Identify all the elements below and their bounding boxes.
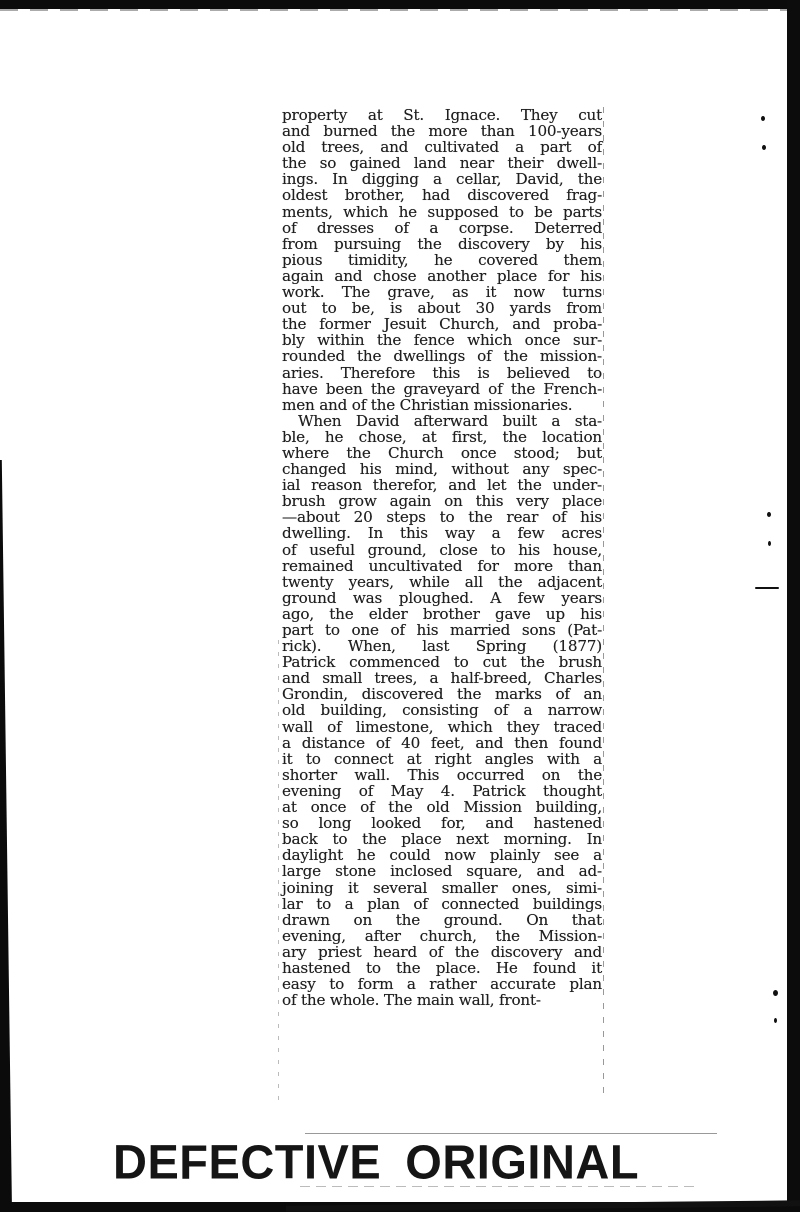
article-column: property at St. Ignace. They cutand burn… [282, 107, 602, 1008]
text-line: ble, he chose, at first, the location [282, 429, 602, 445]
text-line: lar to a plan of connected buildings [282, 896, 602, 912]
text-line: joining it several smaller ones, simi- [282, 880, 602, 896]
text-line: Patrick commenced to cut the brush [282, 654, 602, 670]
text-line: a distance of 40 feet, and then found [282, 735, 602, 751]
text-line: easy to form a rather accurate plan [282, 976, 602, 992]
text-line: old building, consisting of a narrow [282, 702, 602, 718]
text-line: from pursuing the discovery by his [282, 236, 602, 252]
text-line: drawn on the ground. On that [282, 912, 602, 928]
scan-edge-top [0, 0, 800, 9]
column-rule-left [278, 640, 279, 1100]
text-line: part to one of his married sons (Pat- [282, 622, 602, 638]
text-line: the former Jesuit Church, and proba- [282, 316, 602, 332]
defective-original-stamp: DEFECTIVEORIGINAL [113, 1137, 703, 1188]
scan-edge-right [787, 0, 800, 1212]
text-line: oldest brother, had discovered frag- [282, 187, 602, 203]
stamp-word-original: ORIGINAL [405, 1134, 639, 1188]
text-line: bly within the fence which once sur- [282, 332, 602, 348]
text-line: and small trees, a half-breed, Charles [282, 670, 602, 686]
text-line: evening, after church, the Mission- [282, 928, 602, 944]
text-line: daylight he could now plainly see a [282, 847, 602, 863]
text-line: old trees, and cultivated a part of [282, 139, 602, 155]
text-line: large stone inclosed square, and ad- [282, 863, 602, 879]
text-line: wall of limestone, which they traced [282, 719, 602, 735]
scan-speck [761, 116, 765, 121]
text-line: work. The grave, as it now turns [282, 284, 602, 300]
text-line: brush grow again on this very place [282, 493, 602, 509]
text-line: pious timidity, he covered them [282, 252, 602, 268]
text-line: of dresses of a corpse. Deterred [282, 220, 602, 236]
column-rule-right [603, 107, 604, 1097]
scan-edge-left [0, 460, 12, 1212]
text-line: rick). When, last Spring (1877) [282, 638, 602, 654]
text-line: evening of May 4. Patrick thought [282, 783, 602, 799]
text-line: ial reason therefor, and let the under- [282, 477, 602, 493]
text-line: and burned the more than 100-years [282, 123, 602, 139]
scan-speck [767, 512, 771, 517]
text-line: hastened to the place. He found it [282, 960, 602, 976]
text-line: aries. Therefore this is believed to [282, 365, 602, 381]
text-line: ary priest heard of the discovery and [282, 944, 602, 960]
text-line: back to the place next morning. In [282, 831, 602, 847]
text-line: have been the graveyard of the French- [282, 381, 602, 397]
text-line: property at St. Ignace. They cut [282, 107, 602, 123]
text-line: ments, which he supposed to be parts [282, 204, 602, 220]
scan-speck [773, 990, 778, 996]
text-line: twenty years, while all the adjacent [282, 574, 602, 590]
text-line: it to connect at right angles with a [282, 751, 602, 767]
text-line: at once of the old Mission building, [282, 799, 602, 815]
text-line: changed his mind, without any spec- [282, 461, 602, 477]
scan-speck [762, 145, 766, 150]
text-line: ground was ploughed. A few years [282, 590, 602, 606]
scan-speck [774, 1018, 777, 1023]
text-line: shorter wall. This occurred on the [282, 767, 602, 783]
text-line: remained uncultivated for more than [282, 558, 602, 574]
text-line: out to be, is about 30 yards from [282, 300, 602, 316]
text-line: ings. In digging a cellar, David, the [282, 171, 602, 187]
text-line: dwelling. In this way a few acres [282, 525, 602, 541]
text-line: so long looked for, and hastened [282, 815, 602, 831]
text-line: of useful ground, close to his house, [282, 542, 602, 558]
text-line: rounded the dwellings of the mission- [282, 348, 602, 364]
text-line: —about 20 steps to the rear of his [282, 509, 602, 525]
stamp-word-defective: DEFECTIVE [113, 1134, 381, 1188]
text-line: the so gained land near their dwell- [282, 155, 602, 171]
text-line: of the whole. The main wall, front- [282, 992, 602, 1008]
text-line: where the Church once stood; but [282, 445, 602, 461]
scan-dash-mark [755, 587, 779, 589]
text-line: When David afterward built a sta- [282, 413, 602, 429]
text-line: men and of the Christian missionaries. [282, 397, 602, 413]
text-line: again and chose another place for his [282, 268, 602, 284]
text-line: ago, the elder brother gave up his [282, 606, 602, 622]
text-line: Grondin, discovered the marks of an [282, 686, 602, 702]
scan-speck [768, 541, 771, 546]
